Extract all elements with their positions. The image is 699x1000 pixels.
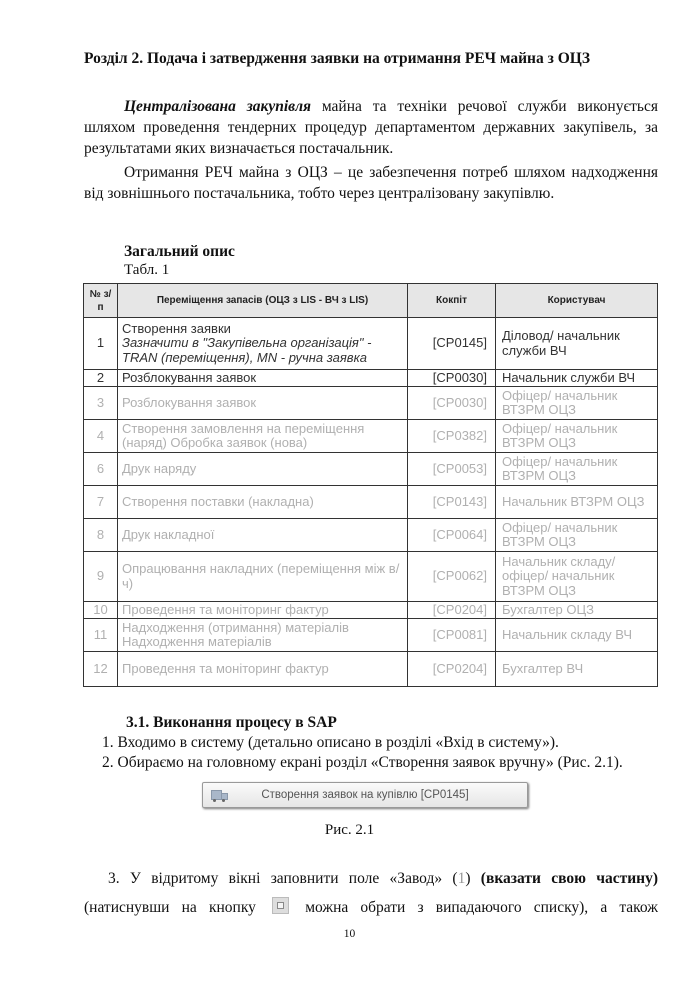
table-header-row: № з/п Переміщення запасів (ОЦЗ з LIS - В… <box>84 284 658 318</box>
table-caption: Табл. 1 <box>124 262 169 279</box>
row-number: 8 <box>84 519 118 552</box>
row-cockpit-code-text: [CP0143] <box>433 494 487 509</box>
step-3-line-1: 3. У відритому вікні заповнити поле «Зав… <box>108 870 658 888</box>
row-number: 10 <box>84 602 118 619</box>
table-row: 10Проведення та моніторинг фактур[CP0204… <box>84 602 658 619</box>
step-3-line-2: (натиснувши на кнопку можна обрати з вип… <box>84 897 658 917</box>
row-description-text: Розблокування заявок <box>122 370 256 385</box>
figure-caption: Рис. 2.1 <box>0 822 699 839</box>
step-3-text: 3. У відритому вікні заповнити поле «Зав… <box>108 870 458 887</box>
row-user: Начальник ВТЗРМ ОЦЗ <box>496 486 658 519</box>
row-description-text: Опрацювання накладних (переміщення між в… <box>122 561 399 591</box>
table-row: 11Надходження (отримання) матеріалів Над… <box>84 619 658 652</box>
row-cockpit-code-text: [CP0030] <box>433 370 487 385</box>
step-3-text: (натиснувши на кнопку <box>84 899 256 916</box>
row-description: Друк наряду <box>118 453 408 486</box>
table-row: 1Створення заявкиЗазначити в "Закупівель… <box>84 318 658 370</box>
subsection-title: 3.1. Виконання процесу в SAP <box>126 714 337 732</box>
row-cockpit-code-text: [CP0064] <box>433 527 487 542</box>
row-number: 12 <box>84 652 118 687</box>
row-cockpit-code-text: [CP0204] <box>433 602 487 617</box>
row-cockpit-code-text: [CP0053] <box>433 461 487 476</box>
step-3-emphasis: (вказати свою частину) <box>481 870 658 887</box>
row-user-text: Бухгалтер ВЧ <box>502 661 583 676</box>
row-cockpit-code: [CP0062] <box>408 552 496 602</box>
row-description: Створення поставки (накладна) <box>118 486 408 519</box>
row-user-text: Офіцер/ начальник ВТЗРМ ОЦЗ <box>502 388 617 418</box>
row-number: 6 <box>84 453 118 486</box>
row-cockpit-code: [CP0382] <box>408 420 496 453</box>
table-row: 3Розблокування заявок[CP0030]Офіцер/ нач… <box>84 387 658 420</box>
row-description-text: Проведення та моніторинг фактур <box>122 602 329 617</box>
row-description-text: Створення заявки <box>122 321 231 336</box>
header-user: Користувач <box>496 284 658 318</box>
section-title: Розділ 2. Подача і затвердження заявки н… <box>84 50 590 68</box>
row-user: Діловод/ начальник служби ВЧ <box>496 318 658 370</box>
row-description-text: Створення замовлення на переміщення (нар… <box>122 421 364 451</box>
row-description: Створення замовлення на переміщення (нар… <box>118 420 408 453</box>
row-description-text: Надходження (отримання) матеріалів Надхо… <box>122 620 349 650</box>
row-description-note: Зазначити в "Закупівельна організація" -… <box>122 336 403 365</box>
row-number-text: 7 <box>97 494 104 509</box>
row-description: Розблокування заявок <box>118 370 408 387</box>
row-cockpit-code: [CP0143] <box>408 486 496 519</box>
row-cockpit-code: [CP0064] <box>408 519 496 552</box>
header-number: № з/п <box>84 284 118 318</box>
row-user-text: Начальник ВТЗРМ ОЦЗ <box>502 494 644 509</box>
row-description-text: Друк накладної <box>122 527 214 542</box>
row-number-text: 3 <box>97 395 104 410</box>
table-row: 12Проведення та моніторинг фактур[CP0204… <box>84 652 658 687</box>
table-row: 9Опрацювання накладних (переміщення між … <box>84 552 658 602</box>
row-user: Офіцер/ начальник ВТЗРМ ОЦЗ <box>496 453 658 486</box>
row-user: Офіцер/ начальник ВТЗРМ ОЦЗ <box>496 519 658 552</box>
row-user-text: Начальник служби ВЧ <box>502 370 635 385</box>
row-user-text: Начальник складу ВЧ <box>502 627 632 642</box>
paragraph-text: Отримання РЕЧ майна з ОЦЗ – це забезпече… <box>84 164 658 202</box>
paragraph-receiving: Отримання РЕЧ майна з ОЦЗ – це забезпече… <box>84 162 658 204</box>
table-row: 2Розблокування заявок[CP0030]Начальник с… <box>84 370 658 387</box>
paragraph-centralized-procurement: Централізована закупівля майна та технік… <box>84 96 658 159</box>
row-cockpit-code-text: [CP0030] <box>433 395 487 410</box>
row-number: 9 <box>84 552 118 602</box>
row-number: 4 <box>84 420 118 453</box>
row-cockpit-code-text: [CP0081] <box>433 627 487 642</box>
row-user: Начальник служби ВЧ <box>496 370 658 387</box>
row-number-text: 12 <box>93 661 107 676</box>
row-description: Створення заявкиЗазначити в "Закупівельн… <box>118 318 408 370</box>
row-cockpit-code: [CP0030] <box>408 370 496 387</box>
button-label: Створення заявок на купівлю [CP0145] <box>227 789 527 801</box>
row-cockpit-code-text: [CP0204] <box>433 661 487 676</box>
row-description: Опрацювання накладних (переміщення між в… <box>118 552 408 602</box>
row-user-text: Офіцер/ начальник ВТЗРМ ОЦЗ <box>502 454 617 484</box>
truck-icon <box>211 789 227 801</box>
row-user-text: Офіцер/ начальник ВТЗРМ ОЦЗ <box>502 520 617 550</box>
row-description-text: Проведення та моніторинг фактур <box>122 661 329 676</box>
row-cockpit-code-text: [CP0382] <box>433 428 487 443</box>
paragraph-lead-term: Централізована закупівля <box>124 98 311 115</box>
row-number-text: 1 <box>97 335 104 350</box>
dropdown-button-icon <box>272 897 289 914</box>
row-cockpit-code-text: [CP0145] <box>433 335 487 350</box>
step-3-text: ) <box>465 870 480 887</box>
table-row: 7Створення поставки (накладна)[CP0143]На… <box>84 486 658 519</box>
row-number: 11 <box>84 619 118 652</box>
row-description: Надходження (отримання) матеріалів Надхо… <box>118 619 408 652</box>
row-description-text: Створення поставки (накладна) <box>122 494 314 509</box>
row-description: Розблокування заявок <box>118 387 408 420</box>
row-user: Бухгалтер ВЧ <box>496 652 658 687</box>
row-cockpit-code: [CP0030] <box>408 387 496 420</box>
row-cockpit-code: [CP0145] <box>408 318 496 370</box>
row-cockpit-code: [CP0204] <box>408 602 496 619</box>
header-cockpit: Кокпіт <box>408 284 496 318</box>
row-number: 7 <box>84 486 118 519</box>
row-number: 1 <box>84 318 118 370</box>
row-description-text: Розблокування заявок <box>122 395 256 410</box>
row-user-text: Діловод/ начальник служби ВЧ <box>502 328 620 358</box>
row-cockpit-code: [CP0081] <box>408 619 496 652</box>
row-description: Проведення та моніторинг фактур <box>118 652 408 687</box>
header-movement: Переміщення запасів (ОЦЗ з LIS - ВЧ з LI… <box>118 284 408 318</box>
row-number-text: 9 <box>97 568 104 583</box>
row-user-text: Офіцер/ начальник ВТЗРМ ОЦЗ <box>502 421 617 451</box>
row-description: Друк накладної <box>118 519 408 552</box>
row-user: Бухгалтер ОЦЗ <box>496 602 658 619</box>
step-2: 2. Обираємо на головному екрані розділ «… <box>102 754 623 772</box>
row-user: Начальник складу/ офіцер/ начальник ВТЗР… <box>496 552 658 602</box>
row-number-text: 6 <box>97 461 104 476</box>
table-row: 8Друк накладної[CP0064]Офіцер/ начальник… <box>84 519 658 552</box>
row-cockpit-code: [CP0053] <box>408 453 496 486</box>
step-3-text: можна обрати з випадаючого списку), а та… <box>305 899 658 916</box>
row-number-text: 8 <box>97 527 104 542</box>
row-number-text: 2 <box>97 370 104 385</box>
row-number-text: 4 <box>97 428 104 443</box>
row-user: Начальник складу ВЧ <box>496 619 658 652</box>
row-user-text: Начальник складу/ офіцер/ начальник ВТЗР… <box>502 554 615 598</box>
row-cockpit-code-text: [CP0062] <box>433 568 487 583</box>
table-row: 6Друк наряду[CP0053]Офіцер/ начальник ВТ… <box>84 453 658 486</box>
row-user: Офіцер/ начальник ВТЗРМ ОЦЗ <box>496 387 658 420</box>
row-number-text: 11 <box>94 627 108 642</box>
step-1: 1. Входимо в систему (детально описано в… <box>102 734 559 752</box>
row-number: 3 <box>84 387 118 420</box>
page-number: 10 <box>0 928 699 940</box>
table-heading: Загальний опис <box>124 243 235 261</box>
row-user-text: Бухгалтер ОЦЗ <box>502 602 594 617</box>
process-table: № з/п Переміщення запасів (ОЦЗ з LIS - В… <box>83 283 658 687</box>
row-cockpit-code: [CP0204] <box>408 652 496 687</box>
row-number: 2 <box>84 370 118 387</box>
create-purchase-requisition-button[interactable]: Створення заявок на купівлю [CP0145] <box>202 782 528 808</box>
row-user: Офіцер/ начальник ВТЗРМ ОЦЗ <box>496 420 658 453</box>
row-description-text: Друк наряду <box>122 461 196 476</box>
row-number-text: 10 <box>93 602 107 617</box>
table-row: 4Створення замовлення на переміщення (на… <box>84 420 658 453</box>
row-description: Проведення та моніторинг фактур <box>118 602 408 619</box>
